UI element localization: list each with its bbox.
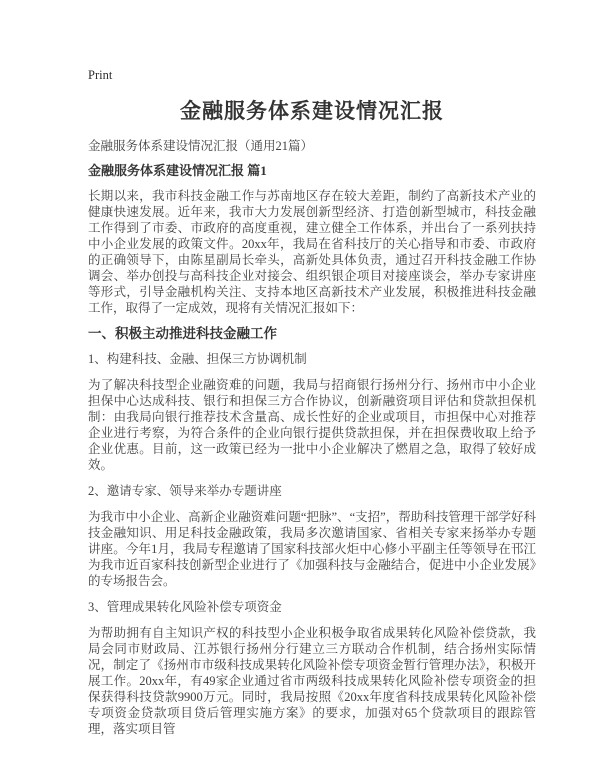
item-3-heading: 3、管理成果转化风险补偿专项资金 [88,599,536,615]
document-title: 金融服务体系建设情况汇报 [88,99,536,123]
item-2-heading: 2、邀请专家、领导来举办专题讲座 [88,483,536,499]
article-part-heading: 金融服务体系建设情况汇报 篇1 [88,163,536,179]
collection-subtitle: 金融服务体系建设情况汇报（通用21篇） [88,138,536,154]
section-1-heading: 一、积极主动推进科技金融工作 [88,326,536,342]
item-1-heading: 1、构建科技、金融、担保三方协调机制 [88,351,536,367]
item-2-body-paragraph: 为我市中小企业、高新企业融资难问题“把脉”、“支招”，帮助科技管理干部学好科技金… [88,509,536,589]
print-button[interactable]: Print [88,68,112,83]
document-page: Print 金融服务体系建设情况汇报 金融服务体系建设情况汇报（通用21篇） 金… [0,0,600,776]
item-3-body-paragraph: 为帮助拥有自主知识产权的科技型小企业积极争取省成果转化风险补偿贷款，我局会同市财… [88,625,536,737]
intro-paragraph: 长期以来，我市科技金融工作与苏南地区存在较大差距，制约了高新技术产业的健康快速发… [88,188,536,316]
item-1-body-paragraph: 为了解决科技型企业融资难的问题，我局与招商银行扬州分行、扬州市中小企业担保中心达… [88,377,536,473]
